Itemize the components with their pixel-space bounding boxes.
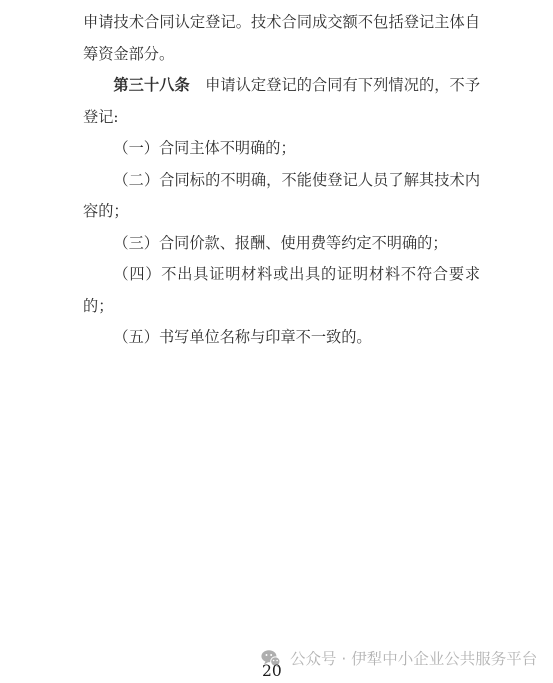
paragraph-item-2: （二）合同标的不明确，不能使登记人员了解其技术内容的；: [83, 165, 480, 228]
paragraph-item-1: （一）合同主体不明确的；: [83, 133, 480, 165]
paragraph-continuation: 申请技术合同认定登记。技术合同成交额不包括登记主体自筹资金部分。: [83, 7, 480, 70]
document-page: 申请技术合同认定登记。技术合同成交额不包括登记主体自筹资金部分。 第三十八条 申…: [0, 0, 553, 683]
paragraph-item-5: （五）书写单位名称与印章不一致的。: [83, 322, 480, 354]
paragraph-item-3: （三）合同价款、报酬、使用费等约定不明确的；: [83, 228, 480, 260]
paragraph-item-4: （四）不出具证明材料或出具的证明材料不符合要求的；: [83, 259, 480, 322]
body-text: 申请技术合同认定登记。技术合同成交额不包括登记主体自筹资金部分。 第三十八条 申…: [83, 7, 480, 354]
footer-watermark: 公众号 · 伊犁中小企业公共服务平台: [261, 648, 537, 668]
paragraph-article-38: 第三十八条 申请认定登记的合同有下列情况的，不予登记:: [83, 70, 480, 133]
watermark-text: 公众号 · 伊犁中小企业公共服务平台: [290, 647, 537, 669]
article-number-label: 第三十八条: [113, 76, 189, 94]
page-number: 20: [262, 662, 282, 680]
